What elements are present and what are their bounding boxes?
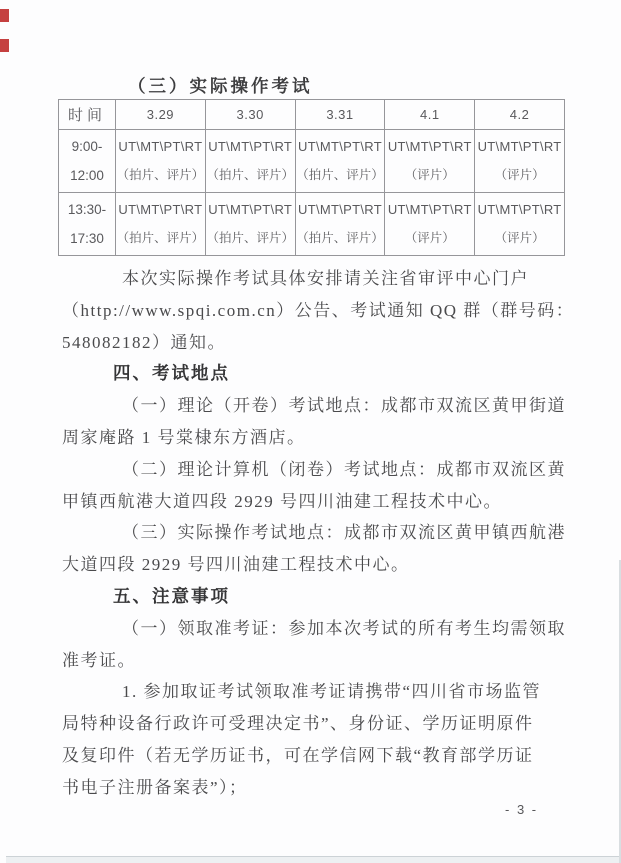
- table-header-row: 时间 3.29 3.30 3.31 4.1 4.2: [59, 100, 565, 130]
- page-number: - 3 -: [505, 802, 538, 817]
- exam-mode: （拍片、评片）: [116, 224, 205, 253]
- exam-methods: UT\MT\PT\RT: [296, 132, 385, 161]
- exam-cell: UT\MT\PT\RT （拍片、评片）: [295, 130, 385, 193]
- exam-methods: UT\MT\PT\RT: [385, 132, 474, 161]
- header-cell-date: 4.1: [385, 100, 475, 130]
- exam-methods: UT\MT\PT\RT: [475, 195, 564, 224]
- location-3-line: 大道四段 2929 号四川油建工程技术中心。: [62, 549, 574, 581]
- table-row-morning: 9:00- 12:00 UT\MT\PT\RT （拍片、评片） UT\MT\PT…: [59, 130, 565, 193]
- header-cell-time: 时间: [59, 100, 116, 130]
- section-5-heading: 五、注意事项: [62, 581, 574, 613]
- notice-paragraph-line: （http://www.spqi.com.cn）公告、考试通知 QQ 群（群号码…: [62, 295, 574, 327]
- exam-methods: UT\MT\PT\RT: [296, 195, 385, 224]
- note-2-line: 及复印件（若无学历证书，可在学信网下载“教育部学历证: [62, 740, 574, 772]
- time-end: 17:30: [59, 224, 115, 253]
- header-cell-date: 4.2: [475, 100, 565, 130]
- exam-cell: UT\MT\PT\RT （评片）: [385, 193, 475, 256]
- time-cell: 9:00- 12:00: [59, 130, 116, 193]
- exam-cell: UT\MT\PT\RT （拍片、评片）: [116, 193, 206, 256]
- exam-methods: UT\MT\PT\RT: [206, 132, 295, 161]
- note-1-line: （一）领取准考证：参加本次考试的所有考生均需领取: [62, 613, 574, 645]
- note-2-line: 书电子注册备案表”）；: [62, 772, 574, 804]
- location-1-line: 周家庵路 1 号棠棣东方酒店。: [62, 422, 574, 454]
- exam-methods: UT\MT\PT\RT: [116, 132, 205, 161]
- exam-cell: UT\MT\PT\RT （评片）: [475, 130, 565, 193]
- table-row-afternoon: 13:30- 17:30 UT\MT\PT\RT （拍片、评片） UT\MT\P…: [59, 193, 565, 256]
- section-4-heading: 四、考试地点: [62, 358, 574, 390]
- header-cell-date: 3.29: [116, 100, 206, 130]
- exam-cell: UT\MT\PT\RT （拍片、评片）: [295, 193, 385, 256]
- exam-mode: （拍片、评片）: [206, 224, 295, 253]
- document-body: 本次实际操作考试具体安排请关注省审评中心门户 （http://www.spqi.…: [62, 263, 574, 804]
- exam-methods: UT\MT\PT\RT: [116, 195, 205, 224]
- exam-mode: （拍片、评片）: [206, 161, 295, 190]
- time-end: 12:00: [59, 161, 115, 190]
- exam-methods: UT\MT\PT\RT: [385, 195, 474, 224]
- time-start: 9:00-: [59, 132, 115, 161]
- exam-cell: UT\MT\PT\RT （拍片、评片）: [205, 130, 295, 193]
- section-3-heading: （三）实际操作考试: [128, 73, 313, 98]
- location-2-line: 甲镇西航港大道四段 2929 号四川油建工程技术中心。: [62, 486, 574, 518]
- time-cell: 13:30- 17:30: [59, 193, 116, 256]
- note-2-line: 1. 参加取证考试领取准考证请携带“四川省市场监管: [62, 676, 574, 708]
- location-3-line: （三）实际操作考试地点：成都市双流区黄甲镇西航港: [62, 517, 574, 549]
- exam-mode: （评片）: [475, 161, 564, 190]
- exam-mode: （评片）: [475, 224, 564, 253]
- exam-methods: UT\MT\PT\RT: [475, 132, 564, 161]
- exam-mode: （评片）: [385, 224, 474, 253]
- scanned-document-page: （三）实际操作考试 时间 3.29 3.30 3.31 4.1 4.2 9:00…: [0, 0, 621, 863]
- notice-paragraph-line: 548082182）通知。: [62, 327, 574, 359]
- red-scan-mark: [0, 9, 9, 22]
- exam-cell: UT\MT\PT\RT （拍片、评片）: [116, 130, 206, 193]
- exam-mode: （拍片、评片）: [296, 224, 385, 253]
- exam-mode: （评片）: [385, 161, 474, 190]
- location-1-line: （一）理论（开卷）考试地点：成都市双流区黄甲街道: [62, 390, 574, 422]
- time-start: 13:30-: [59, 195, 115, 224]
- exam-mode: （拍片、评片）: [296, 161, 385, 190]
- header-cell-date: 3.30: [205, 100, 295, 130]
- note-2-line: 局特种设备行政许可受理决定书”、身份证、学历证明原件: [62, 708, 574, 740]
- header-cell-date: 3.31: [295, 100, 385, 130]
- exam-cell: UT\MT\PT\RT （评片）: [475, 193, 565, 256]
- exam-methods: UT\MT\PT\RT: [206, 195, 295, 224]
- page-edge-shadow: [6, 856, 621, 863]
- location-2-line: （二）理论计算机（闭卷）考试地点：成都市双流区黄: [62, 454, 574, 486]
- notice-paragraph-line: 本次实际操作考试具体安排请关注省审评中心门户: [62, 263, 574, 295]
- exam-schedule-table: 时间 3.29 3.30 3.31 4.1 4.2 9:00- 12:00 UT…: [58, 99, 565, 256]
- note-1-line: 准考证。: [62, 645, 574, 677]
- exam-cell: UT\MT\PT\RT （拍片、评片）: [205, 193, 295, 256]
- exam-cell: UT\MT\PT\RT （评片）: [385, 130, 475, 193]
- red-scan-mark: [0, 39, 9, 52]
- exam-mode: （拍片、评片）: [116, 161, 205, 190]
